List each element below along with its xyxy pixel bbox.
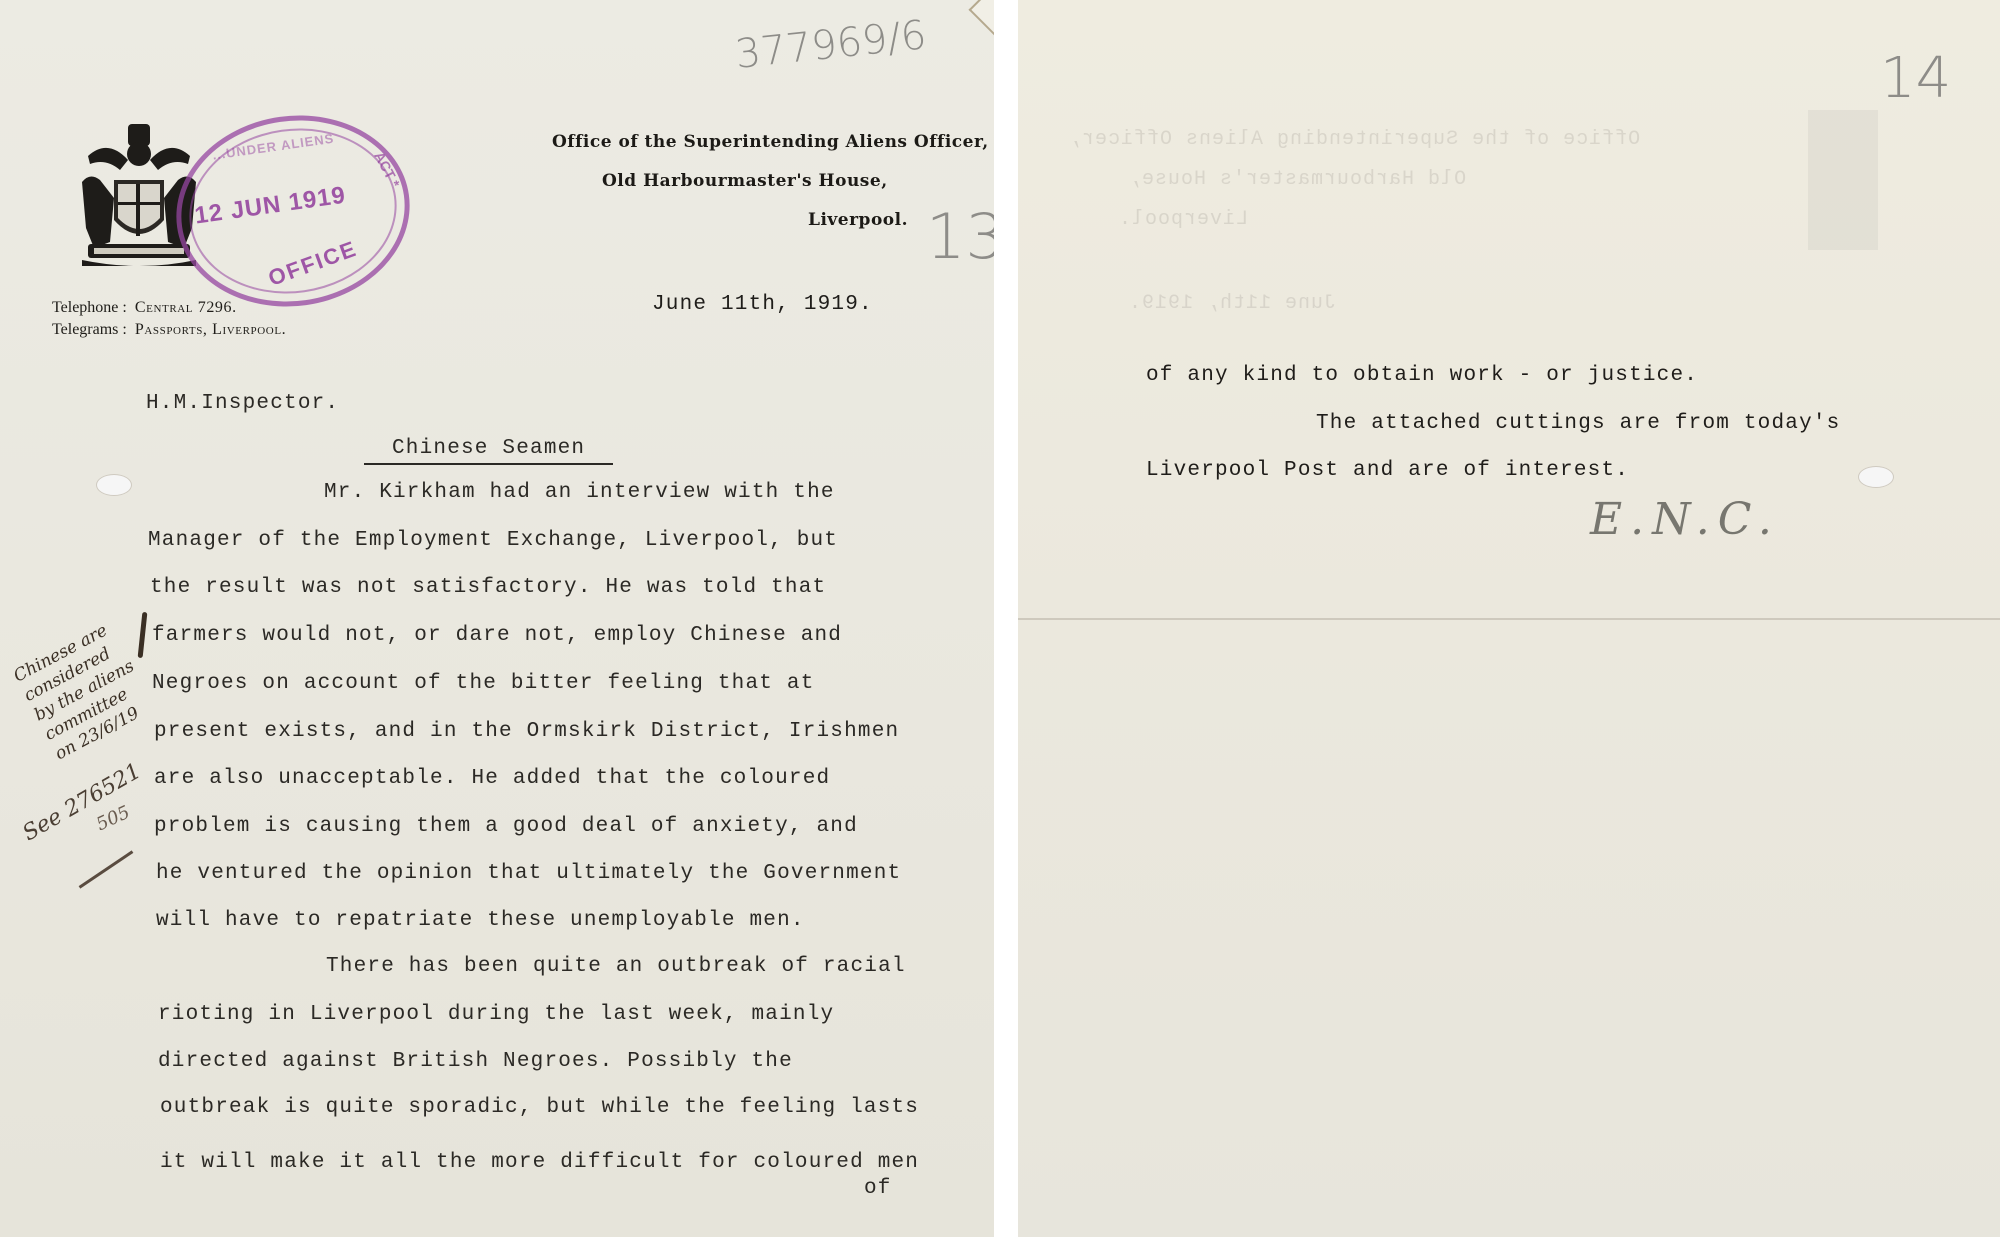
body-line-10: will have to repatriate these unemployab… [156, 909, 805, 932]
body-line-11: There has been quite an outbreak of raci… [326, 955, 906, 978]
body-line-8: problem is causing them a good deal of a… [154, 815, 858, 838]
body-line-7: are also unacceptable. He added that the… [154, 767, 830, 790]
initials-flourish [79, 850, 134, 888]
bleed-through-line: Liverpool. [1118, 208, 1248, 231]
body-line-4: farmers would not, or dare not, employ C… [152, 624, 842, 647]
cuttings-line-2: Liverpool Post and are of interest. [1146, 459, 1629, 482]
body-line-1: Mr. Kirkham had an interview with the [324, 481, 835, 504]
letter-date: June 11th, 1919. [652, 293, 873, 316]
punch-hole [1858, 466, 1894, 488]
telegrams-label: Telegrams : [52, 321, 127, 338]
continuation-line: of any kind to obtain work - or justice. [1146, 364, 1698, 387]
folded-corner [969, 0, 994, 54]
body-line-3: the result was not satisfactory. He was … [150, 576, 826, 599]
folio-number: 13 [926, 200, 994, 273]
handwritten-margin-note: Chinese are considered by the aliens com… [10, 616, 159, 765]
body-line-13: directed against British Negroes. Possib… [158, 1050, 793, 1073]
cuttings-line-1: The attached cuttings are from today's [1316, 412, 1840, 435]
bleed-through-line: Office of the Superintending Aliens Offi… [1068, 128, 1640, 151]
telephone-line: Telephone : Central 7296. [52, 299, 237, 317]
letter-page-2: Office of the Superintending Aliens Offi… [1018, 0, 2000, 1237]
continuation-word: of [864, 1177, 892, 1200]
letter-page-1: 377969/6 ...UNDER ALIENS ACT * 12 JUN 19… [0, 0, 994, 1237]
body-line-14: outbreak is quite sporadic, but while th… [160, 1096, 919, 1119]
addressee: H.M.Inspector. [146, 392, 339, 415]
subject-heading: Chinese Seamen [364, 437, 613, 465]
signature-initials: E.N.C. [1590, 494, 1780, 545]
bleed-through-line: Old Harbourmaster's House, [1128, 168, 1466, 191]
archive-reference: 377969/6 [733, 12, 928, 78]
body-line-12: rioting in Liverpool during the last wee… [158, 1003, 834, 1026]
aliens-office-received-stamp: ...UNDER ALIENS ACT * 12 JUN 1919 OFFICE [164, 101, 422, 322]
body-line-6: present exists, and in the Ormskirk Dist… [154, 720, 899, 743]
margin-note-reference: See 276521 [19, 759, 146, 847]
telegrams-value: Passports, Liverpool. [135, 321, 286, 338]
body-line-15: it will make it all the more difficult f… [160, 1151, 919, 1174]
body-line-2: Manager of the Employment Exchange, Live… [148, 529, 838, 552]
bleed-through-crest [1808, 110, 1878, 250]
office-name: Office of the Superintending Aliens Offi… [552, 132, 989, 152]
office-building: Old Harbourmaster's House, [602, 171, 888, 191]
paper-fold-line [1018, 618, 2000, 620]
body-line-5: Negroes on account of the bitter feeling… [152, 672, 815, 695]
margin-mark [138, 612, 148, 658]
bleed-through-line: June 11th, 1919. [1128, 292, 1336, 315]
telegrams-line: Telegrams : Passports, Liverpool. [52, 321, 286, 339]
office-city: Liverpool. [808, 210, 908, 230]
telephone-label: Telephone : [52, 299, 127, 316]
telephone-value: Central 7296. [135, 299, 237, 316]
folio-number: 14 [1880, 46, 1951, 111]
punch-hole [96, 474, 132, 496]
body-line-9: he ventured the opinion that ultimately … [156, 862, 901, 885]
